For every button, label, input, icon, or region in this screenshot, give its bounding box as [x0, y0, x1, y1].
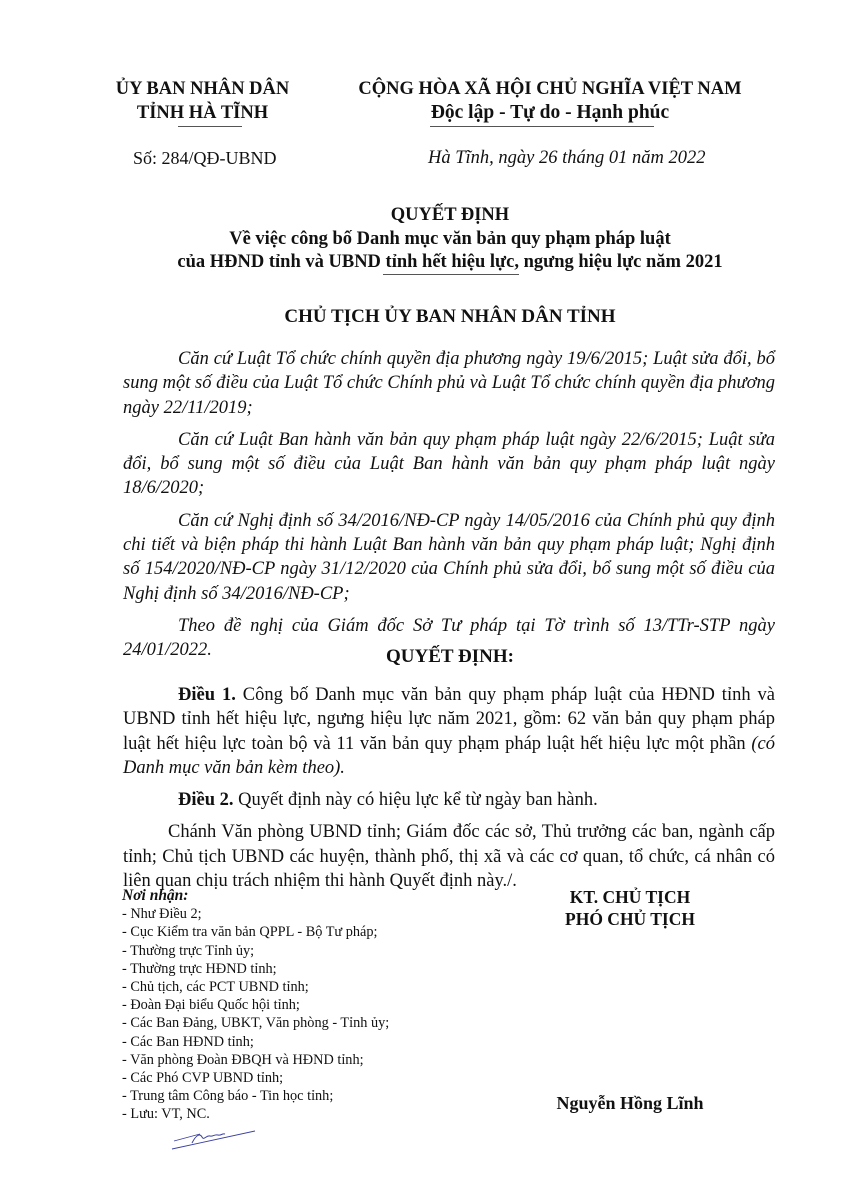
recipient-item: - Các Ban HĐND tỉnh; — [122, 1033, 389, 1051]
recipient-item: - Chủ tịch, các PCT UBND tỉnh; — [122, 978, 389, 996]
initials-scribble-icon — [170, 1125, 260, 1151]
execution-clause: Chánh Văn phòng UBND tỉnh; Giám đốc các … — [123, 820, 775, 893]
recipient-item: - Văn phòng Đoàn ĐBQH và HĐND tỉnh; — [122, 1051, 389, 1069]
state-name: CỘNG HÒA XÃ HỘI CHỦ NGHĨA VIỆT NAM — [330, 77, 770, 101]
national-heading: CỘNG HÒA XÃ HỘI CHỦ NGHĨA VIỆT NAM Độc l… — [330, 77, 770, 125]
signature-title-1: KT. CHỦ TỊCH — [510, 886, 750, 908]
signer-name: Nguyễn Hồng Lĩnh — [510, 1093, 750, 1114]
legal-basis-item: Căn cứ Nghị định số 34/2016/NĐ-CP ngày 1… — [123, 509, 775, 606]
recipient-item: - Các Ban Đảng, UBKT, Văn phòng - Tỉnh ủ… — [122, 1014, 389, 1032]
recipient-item: - Như Điều 2; — [122, 905, 389, 923]
article-2-text: Quyết định này có hiệu lực kể từ ngày ba… — [234, 790, 598, 810]
signature-title-2: PHÓ CHỦ TỊCH — [510, 908, 750, 930]
recipient-item: - Trung tâm Công báo - Tin học tỉnh; — [122, 1087, 389, 1105]
decision-articles: Điều 1. Công bố Danh mục văn bản quy phạ… — [123, 683, 775, 893]
recipient-item: - Các Phó CVP UBND tỉnh; — [122, 1069, 389, 1087]
article-1: Điều 1. Công bố Danh mục văn bản quy phạ… — [123, 683, 775, 780]
place-date: Hà Tĩnh, ngày 26 tháng 01 năm 2022 — [428, 148, 706, 169]
subject-line-2: của HĐND tỉnh và UBND tỉnh hết hiệu lực,… — [100, 251, 800, 275]
recipient-item: - Thường trực Tỉnh ủy; — [122, 942, 389, 960]
decision-heading: QUYẾT ĐỊNH: — [100, 646, 800, 668]
recipients-list: - Như Điều 2;- Cục Kiểm tra văn bản QPPL… — [122, 905, 389, 1123]
recipients-heading: Nơi nhận: — [122, 887, 389, 905]
document-number: Số: 284/QĐ-UBND — [133, 148, 277, 169]
article-1-label: Điều 1. — [178, 685, 236, 705]
agency-line-2: TỈNH HÀ TĨNH — [100, 101, 305, 125]
article-2: Điều 2. Quyết định này có hiệu lực kể từ… — [123, 788, 775, 812]
recipient-item: - Cục Kiểm tra văn bản QPPL - Bộ Tư pháp… — [122, 923, 389, 941]
recipient-item: - Lưu: VT, NC. — [122, 1105, 389, 1123]
legal-basis: Căn cứ Luật Tổ chức chính quyền địa phươ… — [123, 347, 775, 663]
article-2-label: Điều 2. — [178, 790, 234, 810]
issuing-authority: CHỦ TỊCH ỦY BAN NHÂN DÂN TỈNH — [100, 306, 800, 328]
motto-underline — [430, 126, 654, 127]
title-underline — [383, 274, 519, 275]
subject-line-1: Về việc công bố Danh mục văn bản quy phạ… — [100, 228, 800, 252]
agency-underline — [178, 126, 242, 127]
legal-basis-item: Căn cứ Luật Ban hành văn bản quy phạm ph… — [123, 428, 775, 501]
recipient-item: - Đoàn Đại biểu Quốc hội tỉnh; — [122, 996, 389, 1014]
document-title: QUYẾT ĐỊNH Về việc công bố Danh mục văn … — [100, 204, 800, 275]
legal-basis-item: Căn cứ Luật Tổ chức chính quyền địa phươ… — [123, 347, 775, 420]
motto: Độc lập - Tự do - Hạnh phúc — [330, 101, 770, 125]
signature-block: KT. CHỦ TỊCH PHÓ CHỦ TỊCH — [510, 886, 750, 930]
recipients: Nơi nhận: - Như Điều 2;- Cục Kiểm tra vă… — [122, 887, 389, 1124]
document-type: QUYẾT ĐỊNH — [100, 204, 800, 228]
recipient-item: - Thường trực HĐND tỉnh; — [122, 960, 389, 978]
agency-line-1: ỦY BAN NHÂN DÂN — [100, 77, 305, 101]
issuing-agency: ỦY BAN NHÂN DÂN TỈNH HÀ TĨNH — [100, 77, 305, 125]
